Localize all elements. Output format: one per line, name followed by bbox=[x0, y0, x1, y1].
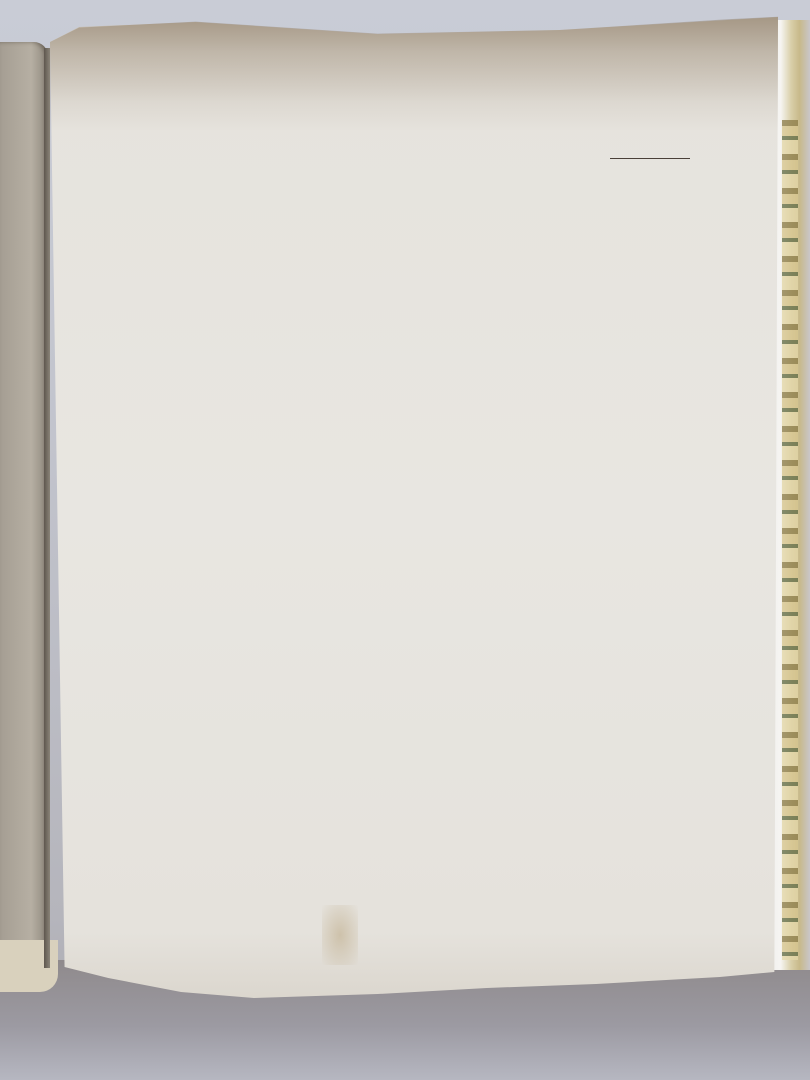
book-gutter bbox=[44, 48, 50, 968]
paper-stain bbox=[322, 905, 358, 965]
manuscript-page bbox=[50, 12, 778, 1012]
date-underline bbox=[610, 158, 690, 159]
left-facing-page bbox=[0, 42, 48, 982]
marbled-cover-edge bbox=[782, 120, 798, 960]
